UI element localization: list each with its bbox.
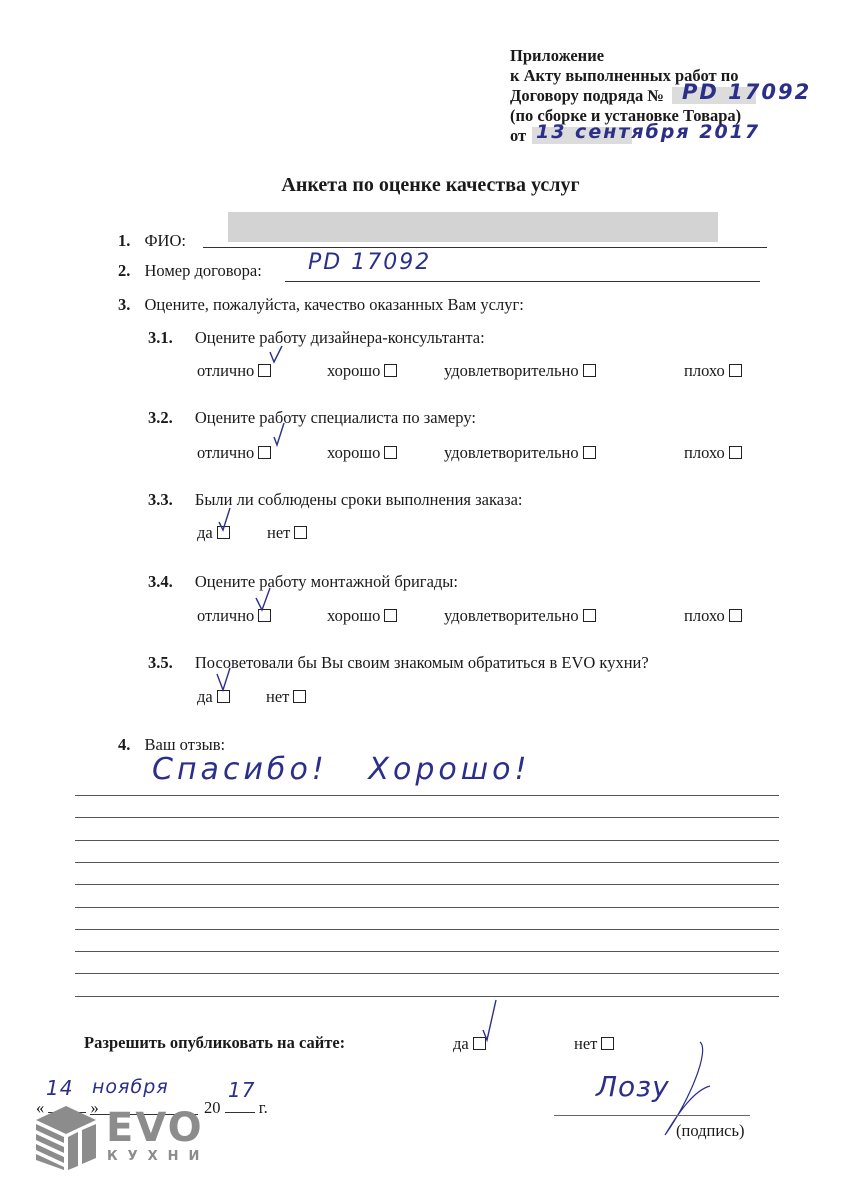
feedback-line xyxy=(75,996,779,997)
q3-label-row: 3. Оцените, пожалуйста, качество оказанн… xyxy=(118,295,524,315)
checkbox[interactable] xyxy=(384,609,397,622)
q3-2-label: Оцените работу специалиста по замеру: xyxy=(195,408,476,427)
signature-caption: (подпись) xyxy=(676,1121,745,1141)
option-label: отлично xyxy=(197,606,254,625)
q3-4-label: Оцените работу монтажной бригады: xyxy=(195,572,458,591)
checkbox[interactable] xyxy=(384,364,397,377)
option-label: да xyxy=(197,687,213,706)
q3-5-label: Посоветовали бы Вы своим знакомым обрати… xyxy=(195,653,649,672)
appendix-header: Приложение к Акту выполненных работ по Д… xyxy=(510,46,756,146)
option-label: плохо xyxy=(684,443,725,462)
option-label: отлично xyxy=(197,361,254,380)
q1-number: 1. xyxy=(118,231,130,250)
q3-2-number: 3.2. xyxy=(148,408,173,427)
q3-1-label-row: 3.1. Оцените работу дизайнера-консультан… xyxy=(148,328,485,348)
feedback-line xyxy=(75,973,779,974)
q3-number: 3. xyxy=(118,295,130,314)
q3-label: Оцените, пожалуйста, качество оказанных … xyxy=(145,295,524,314)
feedback-line xyxy=(75,929,779,930)
checkbox[interactable] xyxy=(293,690,306,703)
publish-option-no[interactable]: нет xyxy=(574,1034,614,1054)
q3-4-option-poor[interactable]: плохо xyxy=(684,606,742,626)
q3-4-number: 3.4. xyxy=(148,572,173,591)
fio-field[interactable] xyxy=(203,247,767,248)
appendix-line-3: Договору подряда № PD 17092 xyxy=(510,86,756,106)
feedback-line xyxy=(75,817,779,818)
q3-3-option-no[interactable]: нет xyxy=(267,523,307,543)
q3-1-label: Оцените работу дизайнера-консультанта: xyxy=(195,328,485,347)
option-label: удовлетворительно xyxy=(444,606,579,625)
appendix-line-1: Приложение xyxy=(510,46,756,66)
feedback-line xyxy=(75,951,779,952)
feedback-line xyxy=(75,862,779,863)
q3-2-option-good[interactable]: хорошо xyxy=(327,443,397,463)
option-label: отлично xyxy=(197,443,254,462)
checkmark-icon xyxy=(256,590,272,612)
q3-4-label-row: 3.4. Оцените работу монтажной бригады: xyxy=(148,572,458,592)
option-label: нет xyxy=(266,687,289,706)
feedback-handwritten: Спасибо! Хорошо! xyxy=(152,752,531,787)
appendix-line-5: от 13 сентября 2017 xyxy=(510,126,756,146)
year-handwritten: 17 xyxy=(228,1078,255,1102)
checkmark-icon xyxy=(218,508,234,530)
option-label: нет xyxy=(574,1034,597,1053)
q3-2-label-row: 3.2. Оцените работу специалиста по замер… xyxy=(148,408,476,428)
logo-brand: EVO xyxy=(106,1108,204,1148)
q2-label-row: 2. Номер договора: xyxy=(118,261,262,281)
option-label: хорошо xyxy=(327,443,380,462)
page-title: Анкета по оценке качества услуг xyxy=(0,174,861,197)
q3-1-number: 3.1. xyxy=(148,328,173,347)
q3-2-option-poor[interactable]: плохо xyxy=(684,443,742,463)
checkbox[interactable] xyxy=(583,364,596,377)
option-label: удовлетворительно xyxy=(444,443,579,462)
signature-field[interactable] xyxy=(554,1115,750,1116)
logo-subtitle: КУХНИ xyxy=(107,1149,209,1164)
option-label: да xyxy=(197,523,213,542)
appendix-date-prefix: от xyxy=(510,126,526,145)
checkbox[interactable] xyxy=(729,446,742,459)
option-label: да xyxy=(453,1034,469,1053)
feedback-line xyxy=(75,884,779,885)
checkbox[interactable] xyxy=(583,446,596,459)
checkbox-checked[interactable] xyxy=(258,446,271,459)
option-label: нет xyxy=(267,523,290,542)
evo-logo-cube-icon xyxy=(34,1104,98,1170)
q3-3-number: 3.3. xyxy=(148,490,173,509)
checkbox[interactable] xyxy=(384,446,397,459)
year-prefix: 20 xyxy=(204,1098,221,1117)
q3-4-option-good[interactable]: хорошо xyxy=(327,606,397,626)
q3-1-option-poor[interactable]: плохо xyxy=(684,361,742,381)
q3-4-option-satisfactory[interactable]: удовлетворительно xyxy=(444,606,596,626)
year-field[interactable] xyxy=(225,1112,255,1113)
checkbox[interactable] xyxy=(729,364,742,377)
publish-label: Разрешить опубликовать на сайте: xyxy=(84,1033,345,1053)
checkmark-icon xyxy=(480,1000,500,1040)
fio-redaction xyxy=(228,212,718,242)
checkbox[interactable] xyxy=(601,1037,614,1050)
checkmark-icon xyxy=(268,346,284,368)
q3-5-option-no[interactable]: нет xyxy=(266,687,306,707)
q4-number: 4. xyxy=(118,735,130,754)
option-label: плохо xyxy=(684,606,725,625)
checkmark-icon xyxy=(272,425,288,447)
q3-1-option-good[interactable]: хорошо xyxy=(327,361,397,381)
contract-number-value: PD 17092 xyxy=(308,250,431,275)
checkmark-icon xyxy=(216,668,232,690)
q1-label-row: 1. ФИО: xyxy=(118,231,186,251)
q3-2-option-satisfactory[interactable]: удовлетворительно xyxy=(444,443,596,463)
contract-number-handwritten: PD 17092 xyxy=(682,82,811,102)
feedback-line xyxy=(75,840,779,841)
checkbox-checked[interactable] xyxy=(217,690,230,703)
year-suffix: г. xyxy=(259,1098,268,1117)
q2-number: 2. xyxy=(118,261,130,280)
q1-label: ФИО: xyxy=(145,231,186,250)
contract-number-input[interactable] xyxy=(285,281,760,282)
feedback-line xyxy=(75,795,779,796)
q3-2-option-excellent[interactable]: отлично xyxy=(197,443,271,463)
q3-5-number: 3.5. xyxy=(148,653,173,672)
option-label: плохо xyxy=(684,361,725,380)
option-label: хорошо xyxy=(327,361,380,380)
feedback-line xyxy=(75,907,779,908)
option-label: удовлетворительно xyxy=(444,361,579,380)
q3-3-label: Были ли соблюдены сроки выполнения заказ… xyxy=(195,490,523,509)
appendix-contract-label: Договору подряда № xyxy=(510,86,664,105)
checkbox[interactable] xyxy=(729,609,742,622)
q3-1-option-satisfactory[interactable]: удовлетворительно xyxy=(444,361,596,381)
checkbox[interactable] xyxy=(294,526,307,539)
checkbox[interactable] xyxy=(583,609,596,622)
q2-label: Номер договора: xyxy=(145,261,262,280)
month-handwritten: ноября xyxy=(92,1076,169,1098)
q3-3-label-row: 3.3. Были ли соблюдены сроки выполнения … xyxy=(148,490,523,510)
day-handwritten: 14 xyxy=(46,1076,73,1100)
option-label: хорошо xyxy=(327,606,380,625)
appendix-date-handwritten: 13 сентября 2017 xyxy=(536,122,760,142)
q3-1-option-excellent[interactable]: отлично xyxy=(197,361,271,381)
